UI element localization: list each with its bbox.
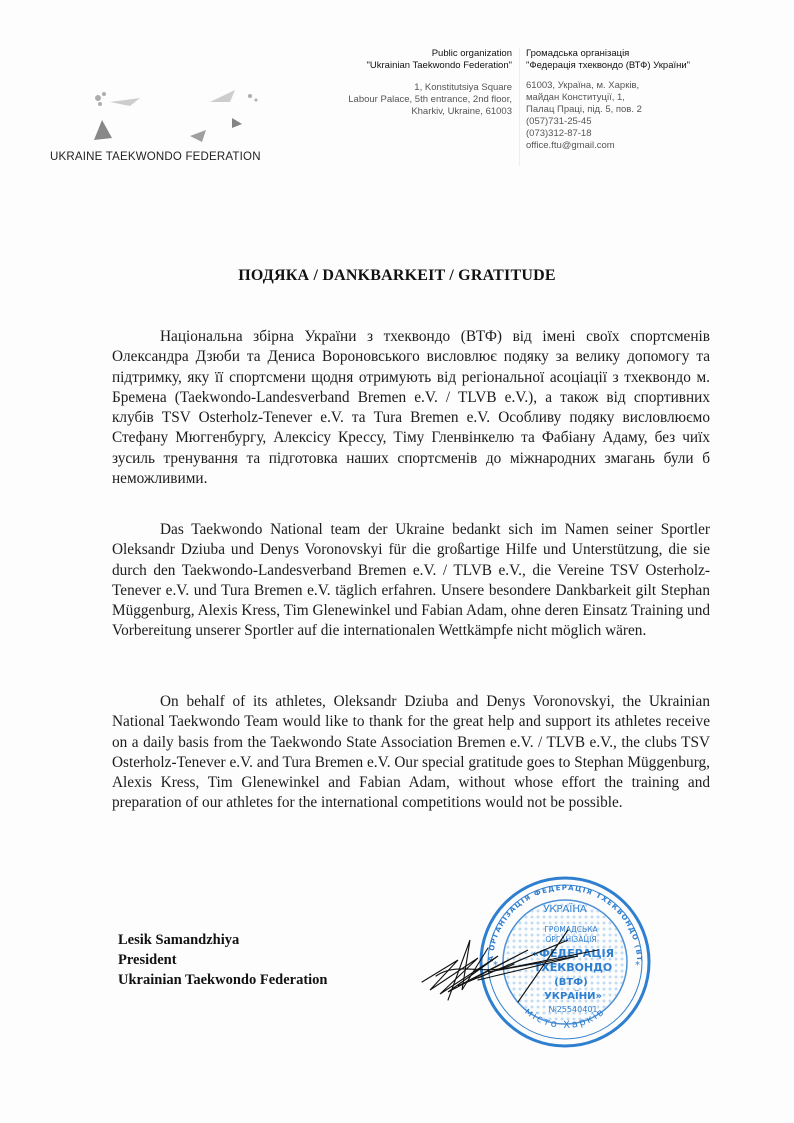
federation-logo-icon: [60, 80, 290, 150]
org-name-ua-line2: "Федерація тхеквондо (ВТФ) України": [526, 60, 690, 72]
header-divider: [519, 48, 520, 166]
phone-1: (057)731-25-45: [526, 116, 690, 128]
address-ua-line: майдан Конституції, 1,: [526, 92, 690, 104]
paragraph-german: Das Taekwondo National team der Ukraine …: [112, 520, 710, 642]
signatory-name: Lesik Samandzhiya: [118, 930, 328, 950]
org-name-en-line1: Public organization: [348, 48, 512, 60]
handwritten-signature-icon: [418, 920, 618, 1010]
paragraph-ukrainian: Національна збірна України з тхеквондо (…: [112, 327, 710, 489]
email: office.ftu@gmail.com: [526, 140, 690, 152]
org-name-ua-line1: Громадська організація: [526, 48, 690, 60]
org-name-en-line2: "Ukrainian Taekwondo Federation": [348, 60, 512, 72]
header-english: Public organization "Ukrainian Taekwondo…: [348, 48, 512, 118]
address-en-line: Labour Palace, 5th entrance, 2nd floor,: [348, 94, 512, 106]
address-en: 1, Konstitutsiya Square Labour Palace, 5…: [348, 82, 512, 118]
signature-block: Lesik Samandzhiya President Ukrainian Ta…: [118, 930, 328, 990]
address-ua-line: Палац Праці, під. 5, пов. 2: [526, 104, 690, 116]
svg-text:*: *: [635, 960, 640, 971]
letter-title: ПОДЯКА / DANKBARKEIT / GRATITUDE: [0, 267, 794, 285]
logo-caption: UKRAINE TAEKWONDO FEDERATION: [50, 151, 261, 163]
signatory-position: President: [118, 950, 328, 970]
address-en-line: 1, Konstitutsiya Square: [348, 82, 512, 94]
letter-page: UKRAINE TAEKWONDO FEDERATION Public orga…: [0, 0, 794, 1123]
signatory-organization: Ukrainian Taekwondo Federation: [118, 970, 328, 990]
address-ua-line: 61003, Україна, м. Харків,: [526, 80, 690, 92]
header-ukrainian: Громадська організація "Федерація тхекво…: [526, 48, 690, 152]
address-en-line: Kharkiv, Ukraine, 61003: [348, 106, 512, 118]
paragraph-english: On behalf of its athletes, Oleksandr Dzi…: [112, 692, 710, 814]
svg-text:УКРАЇНА: УКРАЇНА: [543, 902, 587, 915]
phone-2: (073)312-87-18: [526, 128, 690, 140]
address-ua: 61003, Україна, м. Харків, майдан Консти…: [526, 80, 690, 152]
